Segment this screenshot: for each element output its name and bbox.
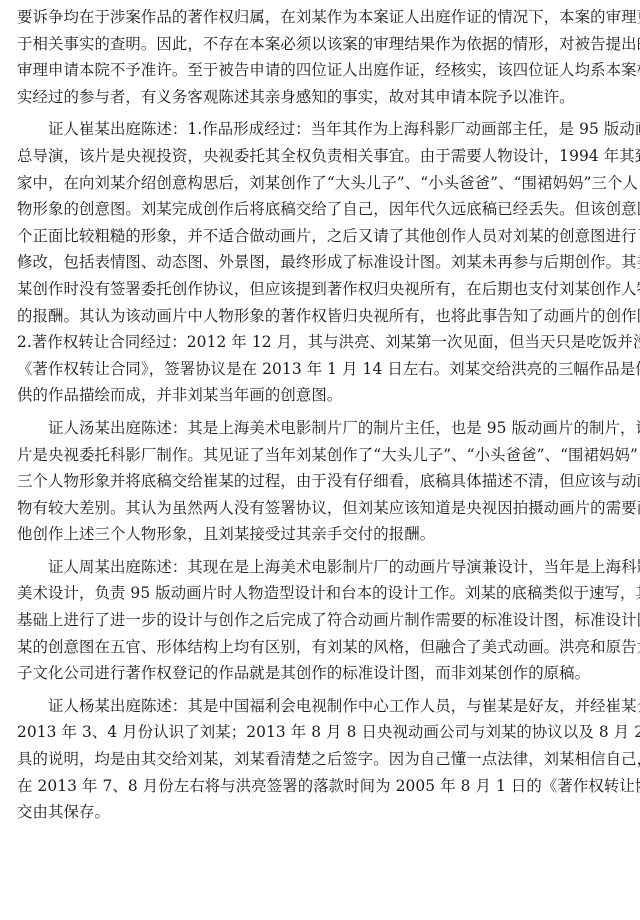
- text-line: 他创作上述三个人物形象，且刘某接受过其亲手交付的报酬。: [17, 521, 625, 548]
- text-line: 物有较大差别。其认为虽然两人没有签署协议，但刘某应该知道是央视因拍摄动画片的需要…: [17, 495, 625, 522]
- text-line: 子文化公司进行著作权登记的作品就是其创作的标准设计图，而非刘某创作的原稿。: [17, 660, 625, 687]
- text-line: 具的说明，均是由其交给刘某，刘某看清楚之后签字。因为自己懂一点法律，刘某相信自己…: [17, 746, 625, 773]
- text-line: 修改，包括表情图、动态图、外景图，最终形成了标准设计图。刘某未再参与后期创作。其…: [17, 249, 625, 276]
- text-line: 三个人物形象并将底稿交给崔某的过程，由于没有仔细看，底稿具体描述不清，但应该与动…: [17, 468, 625, 495]
- text-line: 2.著作权转让合同经过：2012 年 12 月，其与洪亮、刘某第一次见面，但当天…: [17, 329, 625, 356]
- text-line: 《著作权转让合同》，签署协议是在 2013 年 1 月 14 日左右。刘某交给洪…: [17, 356, 625, 383]
- text-line: 家中，在向刘某介绍创意构思后，刘某创作了“大头儿子”、“小头爸爸”、“围裙妈妈”…: [17, 170, 625, 197]
- text-line: 要诉争均在于涉案作品的著作权归属，在刘某作为本案证人出庭作证的情况下，本案的审理…: [17, 4, 625, 31]
- text-line: 交由其保存。: [17, 799, 625, 826]
- text-line: 证人杨某出庭陈述：其是中国福利会电视制作中心工作人员，与崔某是好友，并经崔某介绍…: [17, 693, 625, 720]
- text-line: 某创作时没有签署委托创作协议，但应该提到著作权归央视所有，在后期也支付刘某创作人…: [17, 276, 625, 303]
- text-line: 某的创意图在五官、形体结构上均有区别，有刘某的风格，但融合了美式动画。洪亮和原告…: [17, 634, 625, 661]
- text-line: 基础上进行了进一步的设计与创作之后完成了符合动画片制作需要的标准设计图，标准设计…: [17, 607, 625, 634]
- text-line: 实经过的参与者，有义务客观陈述其亲身感知的事实，故对其申请本院予以准许。: [17, 84, 625, 111]
- text-line: 总导演，该片是央视投资，央视委托其全权负责相关事宜。由于需要人物设计，1994 …: [17, 143, 625, 170]
- paragraph-witness-cui: 证人崔某出庭陈述：1.作品形成经过：当年其作为上海科影厂动画部主任，是 95 版…: [17, 116, 625, 409]
- text-line: 审理申请本院不予准许。至于被告申请的四位证人出庭作证，经核实，该四位证人均系本案…: [17, 57, 625, 84]
- text-line: 证人汤某出庭陈述：其是上海美术电影制片厂的制片主任，也是 95 版动画片的制片，…: [17, 415, 625, 442]
- paragraph-court-ruling: 要诉争均在于涉案作品的著作权归属，在刘某作为本案证人出庭作证的情况下，本案的审理…: [17, 4, 625, 110]
- text-line: 证人崔某出庭陈述：1.作品形成经过：当年其作为上海科影厂动画部主任，是 95 版…: [17, 116, 625, 143]
- text-line: 证人周某出庭陈述：其现在是上海美术电影制片厂的动画片导演兼设计，当年是上海科影厂…: [17, 554, 625, 581]
- document-page: 要诉争均在于涉案作品的著作权归属，在刘某作为本案证人出庭作证的情况下，本案的审理…: [17, 4, 625, 832]
- text-line: 的报酬。其认为该动画片中人物形象的著作权皆归央视所有，也将此事告知了动画片的创作…: [17, 303, 625, 330]
- paragraph-witness-tang: 证人汤某出庭陈述：其是上海美术电影制片厂的制片主任，也是 95 版动画片的制片，…: [17, 415, 625, 548]
- text-line: 2013 年 3、4 月份认识了刘某；2013 年 8 月 8 日央视动画公司与…: [17, 719, 625, 746]
- text-line: 物形象的创意图。刘某完成创作后将底稿交给了自己，因年代久远底稿已经丢失。但该创意…: [17, 196, 625, 223]
- text-line: 在 2013 年 7、8 月份左右将与洪亮签署的落款时间为 2005 年 8 月…: [17, 773, 625, 800]
- text-line: 个正面比较粗糙的形象，并不适合做动画片，之后又请了其他创作人员对刘某的创意图进行…: [17, 223, 625, 250]
- text-line: 供的作品描绘而成，并非刘某当年画的创意图。: [17, 382, 625, 409]
- paragraph-witness-zhou: 证人周某出庭陈述：其现在是上海美术电影制片厂的动画片导演兼设计，当年是上海科影厂…: [17, 554, 625, 687]
- text-line: 美术设计，负责 95 版动画片时人物造型设计和台本的设计工作。刘某的底稿类似于速…: [17, 580, 625, 607]
- text-line: 片是央视委托科影厂制作。其见证了当年刘某创作了“大头儿子”、“小头爸爸”、“围裙…: [17, 442, 625, 469]
- text-line: 于相关事实的查明。因此，不存在本案必须以该案的审理结果作为依据的情形，对被告提出…: [17, 31, 625, 58]
- paragraph-witness-yang: 证人杨某出庭陈述：其是中国福利会电视制作中心工作人员，与崔某是好友，并经崔某介绍…: [17, 693, 625, 826]
